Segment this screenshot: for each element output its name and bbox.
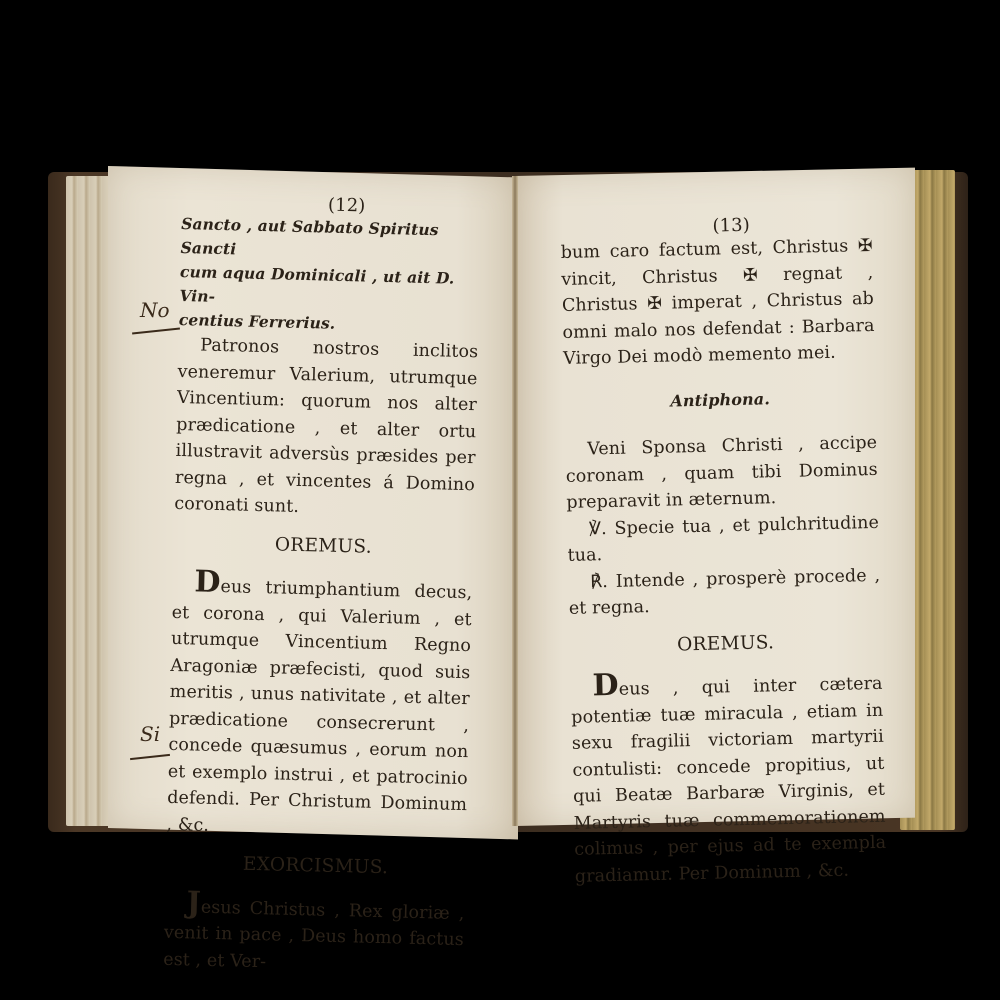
photo-background: (12) Sancto , aut Sabbato Spiritus Sanct…	[0, 0, 1000, 1000]
oremus-heading: OREMUS.	[173, 529, 474, 563]
barbara-prayer-paragraph: Deus , qui inter cætera potentiæ tuæ mir…	[570, 668, 887, 890]
drop-cap-d: D	[194, 564, 221, 600]
margin-note-si: Si	[140, 722, 160, 746]
prayer-paragraph: Deus triumphantium decus, et corona , qu…	[166, 570, 472, 845]
oremus-heading-right: OREMUS.	[569, 627, 882, 661]
right-page-text: (13) bum caro factum est, Christus ✠ vin…	[560, 213, 887, 890]
verbum-paragraph: bum caro factum est, Christus ✠ vincit, …	[560, 233, 875, 373]
exorcism-paragraph: Jesus Christus , Rex gloriæ , venit in p…	[163, 890, 465, 980]
antiphon-paragraph: Veni Sponsa Christi , accipe coronam , q…	[565, 430, 879, 517]
italic-line-1: Sancto , aut Sabbato Spiritus Sancti	[180, 212, 481, 267]
response-line: ℟. Intende , prosperè procede , et regna…	[568, 562, 881, 622]
book-gutter	[512, 176, 518, 826]
exorcism-text: esus Christus , Rex gloriæ , venit in pa…	[163, 897, 465, 972]
versicle-line: ℣. Specie tua , et pulchritudine tua.	[567, 509, 880, 569]
barbara-prayer-text: eus , qui inter cætera potentiæ tuæ mira…	[571, 674, 886, 887]
left-page-text: (12) Sancto , aut Sabbato Spiritus Sanct…	[163, 192, 482, 980]
prayer-text: eus triumphantium decus, et corona , qui…	[166, 577, 472, 835]
exorcismus-heading: EXORCISMUS.	[165, 850, 466, 884]
drop-cap-j: J	[186, 885, 201, 920]
antiphona-heading: Antiphona.	[564, 383, 877, 417]
margin-note-no: No	[140, 298, 170, 322]
patronos-paragraph: Patronos nostros inclitos veneremur Vale…	[174, 332, 478, 525]
italic-line-2: cum aqua Dominicali , ut ait D. Vin-	[179, 260, 480, 315]
drop-cap-d-right: D	[592, 668, 619, 704]
